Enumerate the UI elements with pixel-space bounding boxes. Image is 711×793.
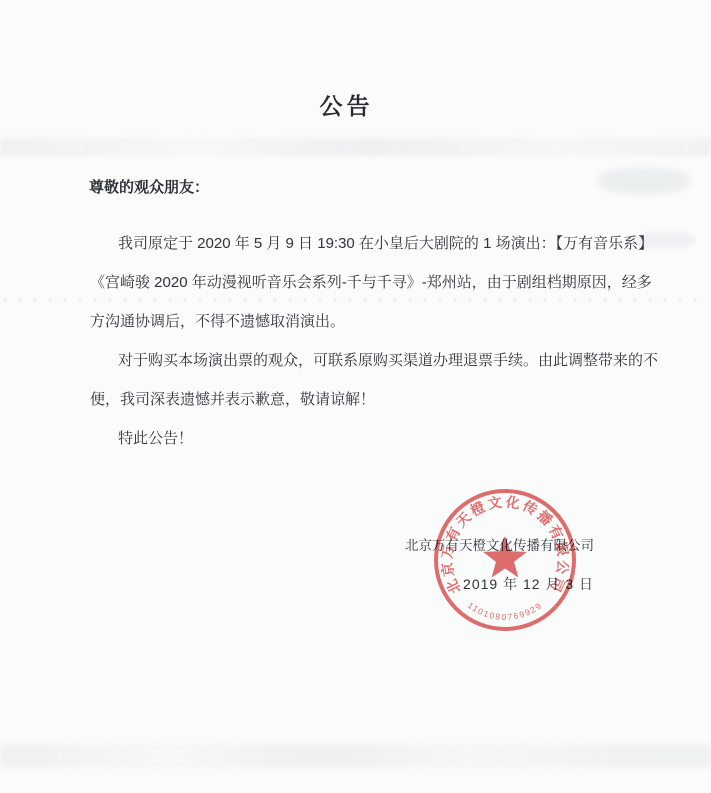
notice-body: 我司原定于 2020 年 5 月 9 日 19:30 在小皇后大剧院的 1 场演… bbox=[90, 224, 646, 458]
notice-line: 方沟通协调后，不得不遗憾取消演出。 bbox=[90, 302, 646, 341]
star-icon bbox=[483, 536, 527, 578]
svg-text:1101080769929: 1101080769929 bbox=[466, 600, 544, 622]
notice-greeting: 尊敬的观众朋友： bbox=[89, 176, 209, 197]
seal-number: 1101080769929 bbox=[466, 600, 544, 622]
scanned-notice-page: 公告 尊敬的观众朋友： 我司原定于 2020 年 5 月 9 日 19:30 在… bbox=[0, 0, 711, 793]
notice-line: 便，我司深表遗憾并表示歉意，敬请谅解！ bbox=[90, 380, 646, 419]
scan-artifact bbox=[0, 744, 711, 768]
notice-title: 公告 bbox=[0, 88, 702, 121]
scan-artifact bbox=[0, 138, 711, 156]
notice-line: 特此公告！ bbox=[90, 419, 646, 458]
notice-line: 我司原定于 2020 年 5 月 9 日 19:30 在小皇后大剧院的 1 场演… bbox=[90, 224, 646, 263]
scan-artifact bbox=[598, 168, 690, 194]
company-seal: 北京万有天橙文化传播有限公司 1101080769929 bbox=[425, 480, 585, 640]
notice-line: 《宫崎骏 2020 年动漫视听音乐会系列-千与千寻》-郑州站，由于剧组档期原因，… bbox=[90, 263, 646, 302]
notice-line: 对于购买本场演出票的观众，可联系原购买渠道办理退票手续。由此调整带来的不 bbox=[90, 341, 646, 380]
